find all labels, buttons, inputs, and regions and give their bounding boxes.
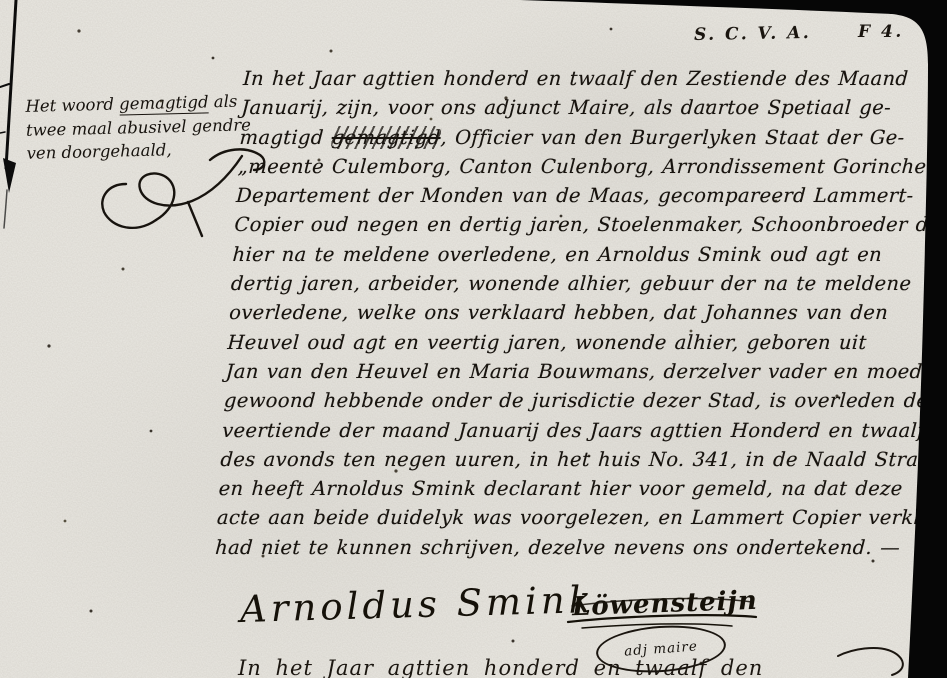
act-line: des avonds ten negen uuren, in het huis … bbox=[220, 445, 934, 474]
act-text-block: In het Jaar agttien honderd en twaalf de… bbox=[214, 64, 947, 562]
margin-text: Het woord bbox=[25, 95, 119, 116]
act-line: Heuvel oud agt en veertig jaren, wonende… bbox=[227, 328, 941, 357]
margin-annotation: Het woord gemagtigd als twee maal abusiv… bbox=[25, 89, 259, 165]
left-margin-dash bbox=[0, 84, 9, 87]
left-margin-tick bbox=[0, 132, 5, 133]
official-title-oval: adj maire bbox=[595, 622, 728, 677]
act-line: Departement der Monden van de Maas, geco… bbox=[235, 181, 947, 210]
act-line: acte aan beide duidelyk was voorgelezen,… bbox=[216, 503, 930, 532]
margin-annotation-line: ven doorgehaald, bbox=[26, 136, 259, 165]
act-line: Copier oud negen en dertig jaren, Stoele… bbox=[234, 210, 947, 239]
left-binding-blot bbox=[3, 158, 16, 193]
act-line: Januarij, zijn, voor ons adjunct Maire, … bbox=[241, 93, 947, 122]
signature-flourish-icon bbox=[560, 584, 770, 644]
pen-flourish-icon bbox=[834, 640, 916, 678]
act-line: dertig jaren, arbeider, wonende alhier, … bbox=[230, 269, 944, 298]
folio-number: F 4. bbox=[858, 22, 904, 42]
act-line: veertiende der maand Januarij des Jaars … bbox=[221, 416, 935, 445]
signature-declarant: Arnoldus Smink bbox=[239, 578, 595, 631]
margin-annotation-line: Het woord gemagtigd als bbox=[25, 89, 258, 118]
margin-annotation-line: twee maal abusivel gendre bbox=[26, 113, 259, 142]
act-line: had niet te kunnen schrijven, dezelve ne… bbox=[214, 533, 928, 562]
signature-official: Löwensteijn bbox=[572, 586, 759, 622]
act-line: Jan van den Heuvel en Maria Bouwmans, de… bbox=[225, 357, 939, 386]
scan-edge-shadows bbox=[0, 0, 947, 678]
folio-mark-scva: S. C. V. A. bbox=[694, 23, 812, 45]
act-line: hier na te meldene overledene, en Arnold… bbox=[232, 240, 946, 269]
left-binding-line bbox=[6, 0, 16, 168]
act-line-segment: , Officier van den Burgerlyken Staat der… bbox=[440, 126, 905, 149]
next-act-partial-line: In het Jaar agttien honderd en twaalf de… bbox=[238, 656, 763, 678]
paper-grain-texture bbox=[0, 0, 947, 678]
act-line: In het Jaar agttien honderd en twaalf de… bbox=[242, 64, 947, 93]
left-binding-tail bbox=[4, 190, 7, 228]
margin-text: als bbox=[208, 92, 237, 112]
margin-underlined-word: gemagtigd bbox=[119, 92, 209, 115]
act-line-with-strikeout: magtigd gemagtigd, Officier van den Burg… bbox=[239, 123, 947, 152]
act-line: gewoond hebbende onder de jurisdictie de… bbox=[223, 386, 937, 415]
act-line: „meente Culemborg, Canton Culenborg, Arr… bbox=[237, 152, 947, 181]
paraph-initials-flourish-icon bbox=[92, 140, 307, 250]
act-line-segment: magtigd bbox=[239, 126, 333, 149]
struck-out-word: gemagtigd bbox=[331, 126, 441, 149]
scanned-document-page: { "doc": { "header": { "left_mark": "S. … bbox=[0, 0, 947, 678]
official-title: adj maire bbox=[624, 638, 699, 659]
act-line: en heeft Arnoldus Smink declarant hier v… bbox=[218, 474, 932, 503]
paper-speckles bbox=[0, 0, 2, 2]
act-line: overledene, welke ons verklaard hebben, … bbox=[228, 298, 942, 327]
right-edge-shadow bbox=[520, 0, 947, 678]
